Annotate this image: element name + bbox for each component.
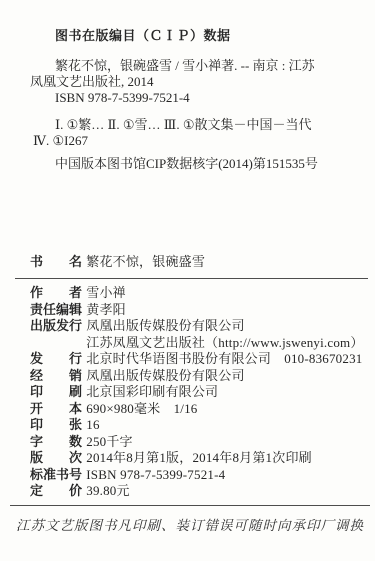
- editor-row: 责任编辑 黄孝阳: [30, 302, 359, 319]
- sheets-row: 印 张 16: [30, 417, 359, 434]
- book-copyright-page: 图书在版编目（ＣＩＰ）数据 繁花不惊，银碗盛雪 / 雪小禅著. -- 南京 : …: [0, 0, 375, 561]
- distributor-row: 发 行 北京时代华语图书股份有限公司 010-83670231: [30, 351, 359, 368]
- seller-row: 经 销 凤凰出版传媒股份有限公司: [30, 368, 359, 385]
- row-label: 作 者: [30, 285, 83, 302]
- row-label: 经 销: [30, 368, 83, 385]
- row-label: 印 刷: [30, 384, 83, 401]
- row-value: 690×980毫米 1/16: [86, 401, 197, 416]
- row-label: 发 行: [30, 351, 83, 368]
- book-title-row: 书 名 繁花不惊，银碗盛雪: [30, 253, 359, 270]
- row-value: 凤凰出版传媒股份有限公司: [86, 368, 244, 383]
- publisher-row: 出版发行 凤凰出版传媒股份有限公司: [30, 318, 359, 335]
- cip-data-section: 图书在版编目（ＣＩＰ）数据 繁花不惊，银碗盛雪 / 雪小禅著. -- 南京 : …: [30, 28, 359, 172]
- row-label: 印 张: [30, 417, 83, 434]
- row-value: ISBN 978-7-5399-7521-4: [86, 467, 225, 482]
- row-label: 出版发行: [30, 318, 83, 335]
- row-value: 雪小禅: [86, 285, 126, 300]
- cip-isbn-line: ISBN 978-7-5399-7521-4: [30, 90, 359, 106]
- edition-row: 版 次 2014年8月第1版，2014年8月第1次印刷: [30, 450, 359, 467]
- row-value: 江苏凤凰文艺出版社（http://www.jswenyi.com）: [86, 335, 363, 350]
- row-label: 版 次: [30, 450, 83, 467]
- cip-classification-line-2: Ⅳ. ①I267: [30, 133, 359, 149]
- word-count-row: 字 数 250千字: [30, 434, 359, 451]
- misprint-exchange-note: 江苏文艺版图书凡印刷、装订错误可随时向承印厂调换: [16, 514, 359, 534]
- book-title-label: 书 名: [30, 253, 83, 270]
- cip-classification-line-1: Ⅰ. ①繁… Ⅱ. ①雪… Ⅲ. ①散文集－中国－当代: [30, 117, 359, 133]
- author-row: 作 者 雪小禅: [30, 285, 359, 302]
- cip-catalog-line-2: 凤凰文艺出版社, 2014: [30, 74, 359, 90]
- row-value: 北京时代华语图书股份有限公司 010-83670231: [86, 351, 362, 366]
- standard-isbn-row: 标准书号 ISBN 978-7-5399-7521-4: [30, 467, 359, 484]
- cip-registry-number: 中国版本图书馆CIP数据核字(2014)第151535号: [30, 156, 359, 172]
- top-rule: [15, 278, 368, 279]
- bottom-rule: [10, 505, 370, 506]
- price-row: 定 价 39.80元: [30, 483, 359, 500]
- printer-row: 印 刷 北京国彩印刷有限公司: [30, 384, 359, 401]
- row-value: 2014年8月第1版，2014年8月第1次印刷: [86, 450, 312, 465]
- cip-header: 图书在版编目（ＣＩＰ）数据: [55, 28, 359, 44]
- publisher-row-continued: 江苏凤凰文艺出版社（http://www.jswenyi.com）: [30, 335, 359, 352]
- row-value: 16: [86, 417, 99, 432]
- row-value: 凤凰出版传媒股份有限公司: [86, 318, 244, 333]
- row-label: 开 本: [30, 401, 83, 418]
- row-value: 250千字: [86, 434, 133, 449]
- row-value: 39.80元: [86, 483, 129, 498]
- row-label: 定 价: [30, 483, 83, 500]
- colophon-section: 书 名 繁花不惊，银碗盛雪 作 者 雪小禅 责任编辑 黄孝阳 出版发行 凤凰出版…: [30, 253, 359, 534]
- cip-catalog-line-1: 繁花不惊，银碗盛雪 / 雪小禅著. -- 南京 : 江苏: [30, 58, 359, 74]
- row-label: 标准书号: [30, 467, 83, 484]
- row-value: 北京国彩印刷有限公司: [86, 384, 218, 399]
- format-row: 开 本 690×980毫米 1/16: [30, 401, 359, 418]
- row-label: 责任编辑: [30, 302, 83, 319]
- row-value: 黄孝阳: [86, 302, 126, 317]
- row-label: 字 数: [30, 434, 83, 451]
- book-title-value: 繁花不惊，银碗盛雪: [86, 254, 205, 269]
